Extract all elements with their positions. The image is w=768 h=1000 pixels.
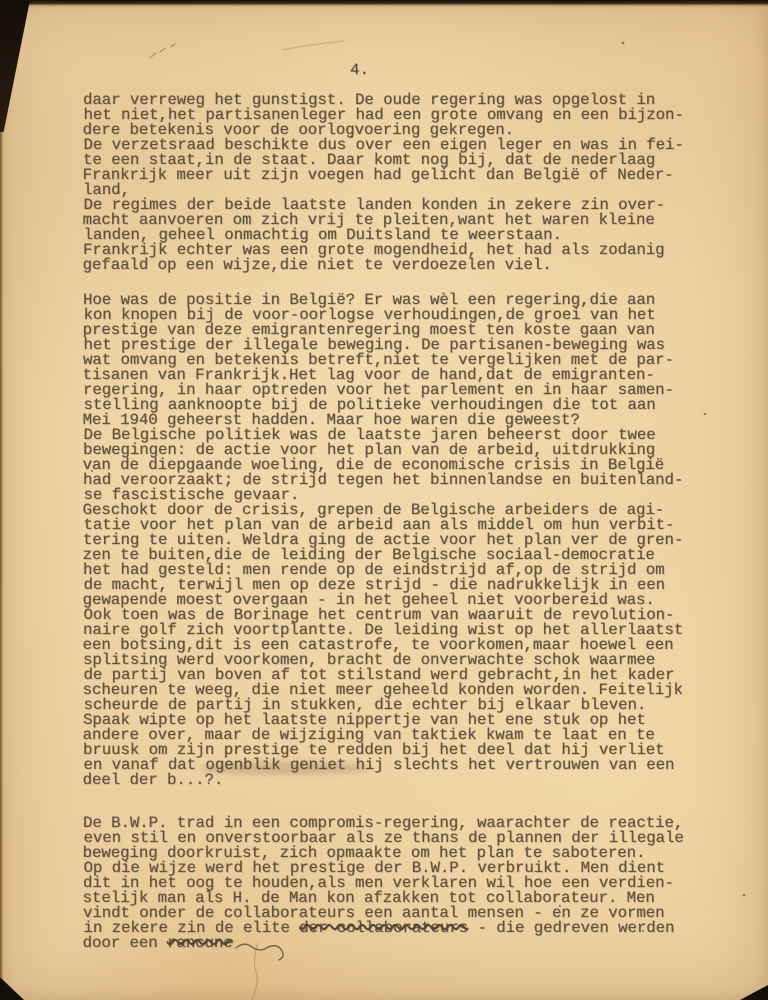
text-segment: Ook toen was de Borinage het centrum van… [84,606,675,624]
paragraph: De B.W.P. trad in een compromis-regering… [83,816,723,951]
text-line: gefaald op een wijze,die niet te verdoez… [83,258,723,273]
struck-text: der collaborateurs [299,919,468,937]
text-segment: tatie voor het plan van de arbeid aan al… [84,516,675,534]
text-line: zen te buiten,die de leiding der Belgisc… [83,548,723,563]
text-segment: door een [83,934,167,952]
text-segment: De Belgische politiek was de laatste jar… [84,426,656,444]
text-segment: landen, geheel onmachtig om Duitsland te… [84,226,562,244]
text-segment: deel der b...?. [83,771,224,789]
text-line: De Belgische politiek was de laatste jar… [84,428,724,443]
text-segment: zen te buiten,die de leiding der Belgisc… [83,546,655,564]
text-line: door een rancune [83,936,723,951]
text-line: stelijk man als H. de Man kon afzakken t… [83,891,723,906]
text-segment: tisanen van Frankrijk.Het lag voor de ha… [83,366,655,384]
text-segment: een botsing,dit is een catastrofe, te vo… [83,636,674,654]
text-line: andere over, maar de wijziging van takti… [83,728,723,743]
text-body: daar verreweg het gunstigst. De oude reg… [83,93,723,951]
scan-edge-left [0,0,4,1000]
text-line: De verzetsraad beschikte dus over een ei… [84,138,724,153]
text-line: Frankrijk meer uit zijn voegen had gelic… [83,168,723,183]
text-line: landen, geheel onmachtig om Duitsland te… [84,228,724,243]
paragraph: daar verreweg het gunstigst. De oude reg… [83,93,723,273]
text-line: van de diepgaande woeling, die de econom… [83,458,723,473]
text-segment: gefaald op een wijze,die niet te verdoez… [83,256,552,274]
text-segment: Frankrijk meer uit zijn voegen had gelic… [83,166,674,184]
scan-edge-top [0,0,768,7]
text-segment: van de diepgaande woeling, die de econom… [83,456,665,474]
text-segment: scheurde de partij in stukken, die echte… [84,696,647,714]
text-line: een botsing,dit is een catastrofe, te vo… [83,638,723,653]
text-segment: Op die wijze werd het prestige der B.W.P… [84,859,666,877]
text-segment: het prestige der illegale beweging. De p… [84,336,666,354]
paragraph: Hoe was de positie in België? Er was wèl… [83,293,723,788]
text-line: deel der b...?. [83,773,723,788]
page-number: 4. [350,61,369,79]
text-segment: stelijk man als H. de Man kon afzakken t… [83,889,655,907]
text-line: het prestige der illegale beweging. De p… [84,338,724,353]
text-line: scheurde de partij in stukken, die echte… [84,698,724,713]
struck-text: rancune [167,934,233,952]
text-segment: - die gedreven werden [468,919,674,937]
text-segment: andere over, maar de wijziging van takti… [83,726,655,744]
text-line: Ook toen was de Borinage het centrum van… [84,608,724,623]
text-line: tatie voor het plan van de arbeid aan al… [84,518,724,533]
text-line: Op die wijze werd het prestige der B.W.P… [84,861,724,876]
ink-smudge [200,762,370,775]
text-line: tisanen van Frankrijk.Het lag voor de ha… [83,368,723,383]
scanned-paper: 4. daar verreweg het gunstigst. De oude … [0,0,768,1000]
text-segment: De verzetsraad beschikte dus over een ei… [84,136,684,154]
